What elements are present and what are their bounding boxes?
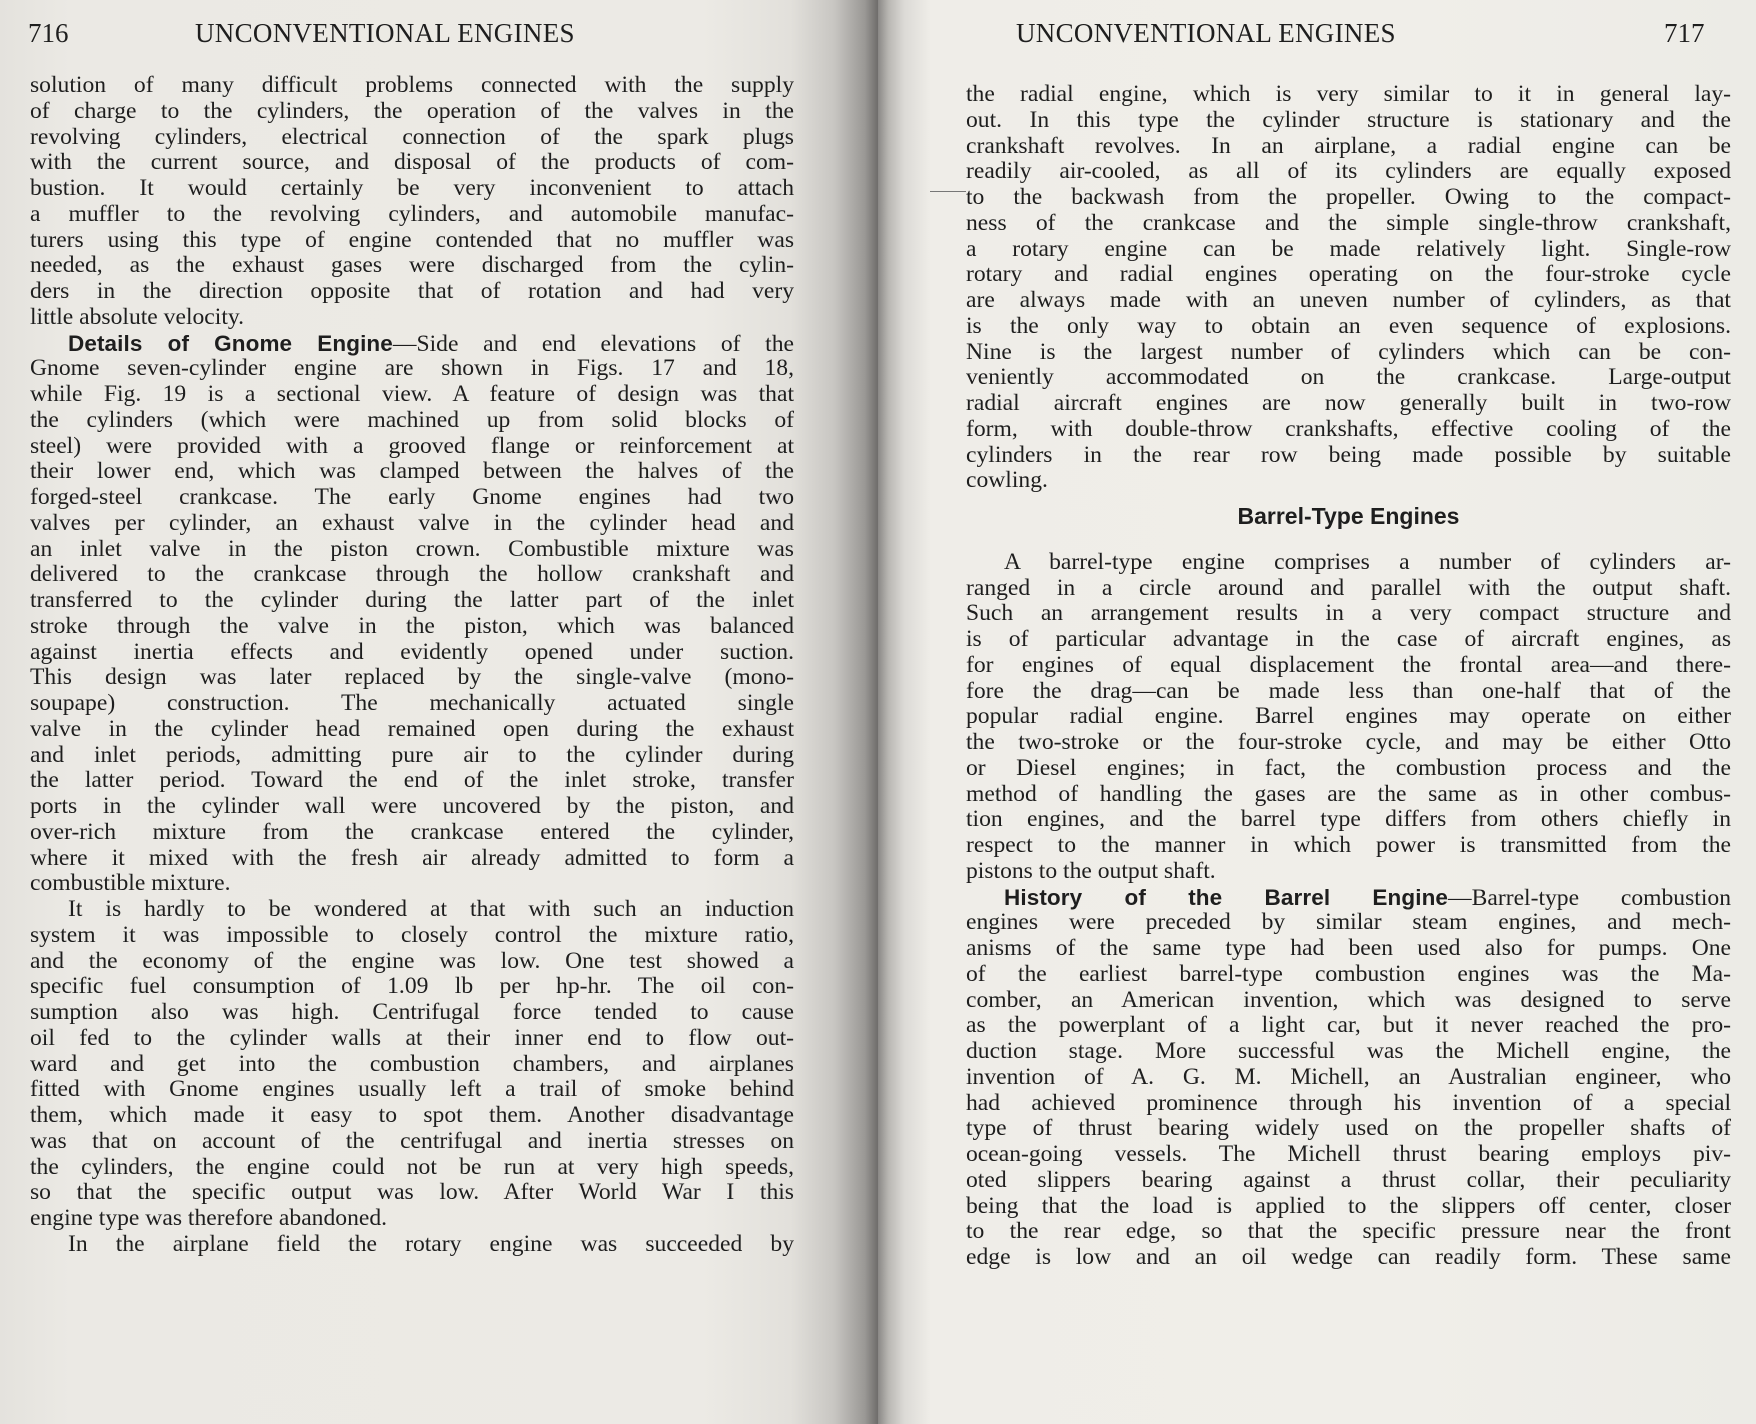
running-head-right: UNCONVENTIONAL ENGINES xyxy=(1016,18,1396,49)
text-line: ranged in a circle around and parallel w… xyxy=(966,576,1731,602)
text-line: oted slippers bearing against a thrust c… xyxy=(966,1168,1731,1194)
text-line: fore the drag—can be made less than one-… xyxy=(966,679,1731,705)
text-line: Gnome seven-cylinder engine are shown in… xyxy=(30,356,794,382)
page-number-right: 717 xyxy=(1664,18,1705,49)
text-line: is of particular advantage in the case o… xyxy=(966,627,1731,653)
text-line: cylinders in the rear row being made pos… xyxy=(966,443,1731,469)
text-line: In the airplane field the rotary engine … xyxy=(30,1232,794,1258)
running-head-left: UNCONVENTIONAL ENGINES xyxy=(195,18,575,49)
text-line: for engines of equal displacement the fr… xyxy=(966,653,1731,679)
text-line: had achieved prominence through his inve… xyxy=(966,1091,1731,1117)
text-line: oil fed to the cylinder walls at their i… xyxy=(30,1026,794,1052)
right-page: UNCONVENTIONAL ENGINES 717 the radial en… xyxy=(878,0,1756,1424)
section-heading-barrel-type: Barrel-Type Engines xyxy=(966,504,1731,530)
text-line: the cylinders (which were machined up fr… xyxy=(30,408,794,434)
text-line: a rotary engine can be made relatively l… xyxy=(966,237,1731,263)
text-line: ward and get into the combustion chamber… xyxy=(30,1052,794,1078)
text-line: readily air-cooled, as all of its cylind… xyxy=(966,159,1731,185)
text-line: sumption also was high. Centrifugal forc… xyxy=(30,1000,794,1026)
run-in-heading-gnome: Details of Gnome Engine xyxy=(68,331,393,356)
text-line: A barrel-type engine comprises a number … xyxy=(966,550,1731,576)
left-page: 716 UNCONVENTIONAL ENGINES solution of m… xyxy=(0,0,878,1424)
page-number-left: 716 xyxy=(28,18,69,49)
text-line: them, which made it easy to spot them. A… xyxy=(30,1103,794,1129)
text-line: This design was later replaced by the si… xyxy=(30,665,794,691)
text-line: anisms of the same type had been used al… xyxy=(966,936,1731,962)
text-line: combustible mixture. xyxy=(30,871,794,897)
text-line: ders in the direction opposite that of r… xyxy=(30,279,794,305)
text-line: and the economy of the engine was low. O… xyxy=(30,949,794,975)
text-line: is the only way to obtain an even sequen… xyxy=(966,314,1731,340)
text-line: fitted with Gnome engines usually left a… xyxy=(30,1077,794,1103)
text-line: the two-stroke or the four-stroke cycle,… xyxy=(966,730,1731,756)
paragraph-gnome-first-line: Details of Gnome Engine—Side and end ele… xyxy=(30,331,794,357)
text-line: as the powerplant of a light car, but it… xyxy=(966,1013,1731,1039)
text-line: valve in the cylinder head remained open… xyxy=(30,717,794,743)
text-line: pistons to the output shaft. xyxy=(966,859,1731,885)
text-line: little absolute velocity. xyxy=(30,305,794,331)
text-line: invention of A. G. M. Michell, an Austra… xyxy=(966,1065,1731,1091)
text-line: out. In this type the cylinder structure… xyxy=(966,108,1731,134)
text-line: ness of the crankcase and the simple sin… xyxy=(966,211,1731,237)
text-line: form, with double-throw crankshafts, eff… xyxy=(966,417,1731,443)
text-line: so that the specific output was low. Aft… xyxy=(30,1180,794,1206)
text-line: a muffler to the revolving cylinders, an… xyxy=(30,202,794,228)
right-page-body: the radial engine, which is very similar… xyxy=(966,82,1731,1271)
text-line: crankshaft revolves. In an airplane, a r… xyxy=(966,134,1731,160)
text-run: —Side and end elevations of the xyxy=(393,331,794,357)
text-line: the cylinders, the engine could not be r… xyxy=(30,1155,794,1181)
text-line: steel) were provided with a grooved flan… xyxy=(30,434,794,460)
text-line: where it mixed with the fresh air alread… xyxy=(30,846,794,872)
text-line: to the rear edge, so that the specific p… xyxy=(966,1219,1731,1245)
text-line: to the backwash from the propeller. Owin… xyxy=(966,185,1731,211)
text-line: an inlet valve in the piston crown. Comb… xyxy=(30,537,794,563)
text-line: or Diesel engines; in fact, the combusti… xyxy=(966,756,1731,782)
text-line: cowling. xyxy=(966,468,1731,494)
text-line: against inertia effects and evidently op… xyxy=(30,640,794,666)
text-line: their lower end, which was clamped betwe… xyxy=(30,459,794,485)
text-line: the radial engine, which is very similar… xyxy=(966,82,1731,108)
text-line: of the earliest barrel-type combustion e… xyxy=(966,962,1731,988)
text-line: are always made with an uneven number of… xyxy=(966,288,1731,314)
text-line: delivered to the crankcase through the h… xyxy=(30,562,794,588)
text-line: valves per cylinder, an exhaust valve in… xyxy=(30,511,794,537)
text-line: radial aircraft engines are now generall… xyxy=(966,391,1731,417)
text-line: needed, as the exhaust gases were discha… xyxy=(30,253,794,279)
text-line: Such an arrangement results in a very co… xyxy=(966,601,1731,627)
text-line: Nine is the largest number of cylinders … xyxy=(966,340,1731,366)
run-in-heading-history: History of the Barrel Engine xyxy=(1004,885,1448,910)
text-line: turers using this type of engine contend… xyxy=(30,228,794,254)
text-line: veniently accommodated on the crankcase.… xyxy=(966,365,1731,391)
text-line: the latter period. Toward the end of the… xyxy=(30,768,794,794)
text-line: and inlet periods, admitting pure air to… xyxy=(30,743,794,769)
text-line: rotary and radial engines operating on t… xyxy=(966,262,1731,288)
text-line: ocean-going vessels. The Michell thrust … xyxy=(966,1142,1731,1168)
book-spread: 716 UNCONVENTIONAL ENGINES solution of m… xyxy=(0,0,1756,1424)
text-line: specific fuel consumption of 1.09 lb per… xyxy=(30,974,794,1000)
text-line: tion engines, and the barrel type differ… xyxy=(966,807,1731,833)
text-line: was that on account of the centrifugal a… xyxy=(30,1129,794,1155)
text-line: ports in the cylinder wall were uncovere… xyxy=(30,794,794,820)
text-line: while Fig. 19 is a sectional view. A fea… xyxy=(30,382,794,408)
text-line: with the current source, and disposal of… xyxy=(30,150,794,176)
text-line: revolving cylinders, electrical connecti… xyxy=(30,125,794,151)
text-line: solution of many difficult problems conn… xyxy=(30,73,794,99)
text-run: —Barrel-type combustion xyxy=(1448,885,1731,911)
text-line: over-rich mixture from the crankcase ent… xyxy=(30,820,794,846)
text-line: forged-steel crankcase. The early Gnome … xyxy=(30,485,794,511)
text-line: engines were preceded by similar steam e… xyxy=(966,910,1731,936)
text-line: stroke through the valve in the piston, … xyxy=(30,614,794,640)
text-line: edge is low and an oil wedge can readily… xyxy=(966,1245,1731,1271)
text-line: method of handling the gases are the sam… xyxy=(966,782,1731,808)
text-line: of charge to the cylinders, the operatio… xyxy=(30,99,794,125)
text-line: popular radial engine. Barrel engines ma… xyxy=(966,704,1731,730)
text-line: transferred to the cylinder during the l… xyxy=(30,588,794,614)
text-line: engine type was therefore abandoned. xyxy=(30,1206,794,1232)
text-line: bustion. It would certainly be very inco… xyxy=(30,176,794,202)
text-line: comber, an American invention, which was… xyxy=(966,988,1731,1014)
margin-pencil-mark xyxy=(930,191,966,192)
text-line: respect to the manner in which power is … xyxy=(966,833,1731,859)
text-line: system it was impossible to closely cont… xyxy=(30,923,794,949)
text-line: being that the load is applied to the sl… xyxy=(966,1194,1731,1220)
left-page-body: solution of many difficult problems conn… xyxy=(30,73,794,1258)
text-line: type of thrust bearing widely used on th… xyxy=(966,1116,1731,1142)
text-line: duction stage. More successful was the M… xyxy=(966,1039,1731,1065)
paragraph-history-first-line: History of the Barrel Engine—Barrel-type… xyxy=(966,885,1731,911)
text-line: soupape) construction. The mechanically … xyxy=(30,691,794,717)
text-line: It is hardly to be wondered at that with… xyxy=(30,897,794,923)
